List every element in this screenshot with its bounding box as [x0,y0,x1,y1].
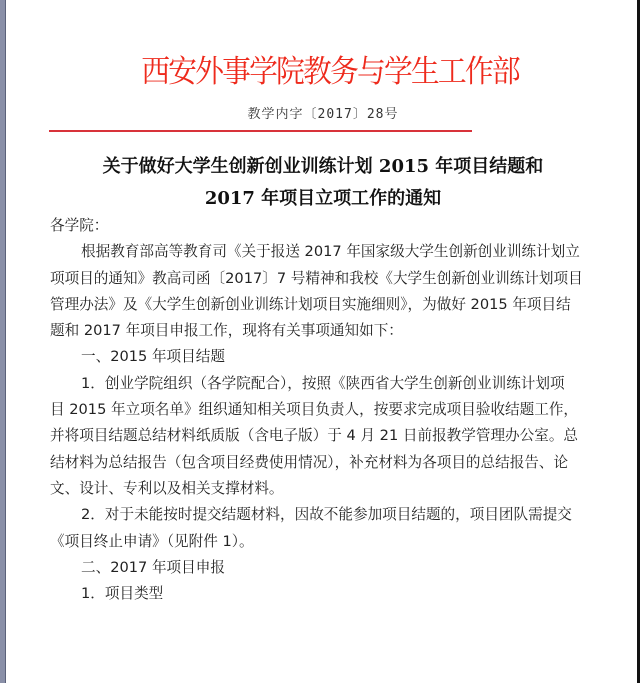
body-paragraph-line: 管理办法》及《大学生创新创业训练计划项目实施细则》，为做好 2015 年项目结 [50,292,600,318]
body-paragraph-line: 结材料为总结报告（包含项目经费使用情况），补充材料为各项目的总结报告、论 [50,450,600,476]
section-heading-1: 一、2015 年项目结题 [50,344,600,370]
salutation: 各学院： [50,213,600,239]
body-paragraph-line: 根据教育部高等教育司《关于报送 2017 年国家级大学生创新创业训练计划立 [50,239,600,265]
body-paragraph-line: 1．创业学院组织（各学院配合），按照《陕西省大学生创新创业训练计划项 [50,371,600,397]
document-page: 西安外事学院教务与学生工作部 教学内字〔2017〕28号 关于做好大学生创新创业… [6,0,637,683]
body-paragraph-line: 项项目的通知》教高司函〔2017〕7 号精神和我校《大学生创新创业训练计划项目 [50,266,600,292]
notice-body: 各学院： 根据教育部高等教育司《关于报送 2017 年国家级大学生创新创业训练计… [50,213,600,607]
body-paragraph-line: 《项目终止申请》（见附件 1）。 [50,529,600,555]
body-paragraph-line: 题和 2017 年项目申报工作，现将有关事项通知如下： [50,318,600,344]
body-paragraph-line: 2．对于未能按时提交结题材料，因故不能参加项目结题的，项目团队需提交 [50,502,600,528]
body-paragraph-line: 文、设计、专利以及相关支撑材料。 [50,476,600,502]
notice-title: 关于做好大学生创新创业训练计划 2015 年项目结题和 2017 年项目立项工作… [6,151,640,215]
document-number: 教学内字〔2017〕28号 [6,103,640,122]
letterhead-divider [49,130,472,132]
notice-title-line-1: 关于做好大学生创新创业训练计划 2015 年项目结题和 [6,151,640,183]
body-paragraph-line: 目 2015 年立项名单》组织通知相关项目负责人，按要求完成项目验收结题工作， [50,397,600,423]
notice-title-line-2: 2017 年项目立项工作的通知 [6,183,640,215]
body-paragraph-line: 并将项目结题总结材料纸质版（含电子版）于 4 月 21 日前报教学管理办公室。总 [50,423,600,449]
org-letterhead-title: 西安外事学院教务与学生工作部 [29,46,632,91]
subsection-heading: 1．项目类型 [50,581,600,607]
section-heading-2: 二、2017 年项目申报 [50,555,600,581]
